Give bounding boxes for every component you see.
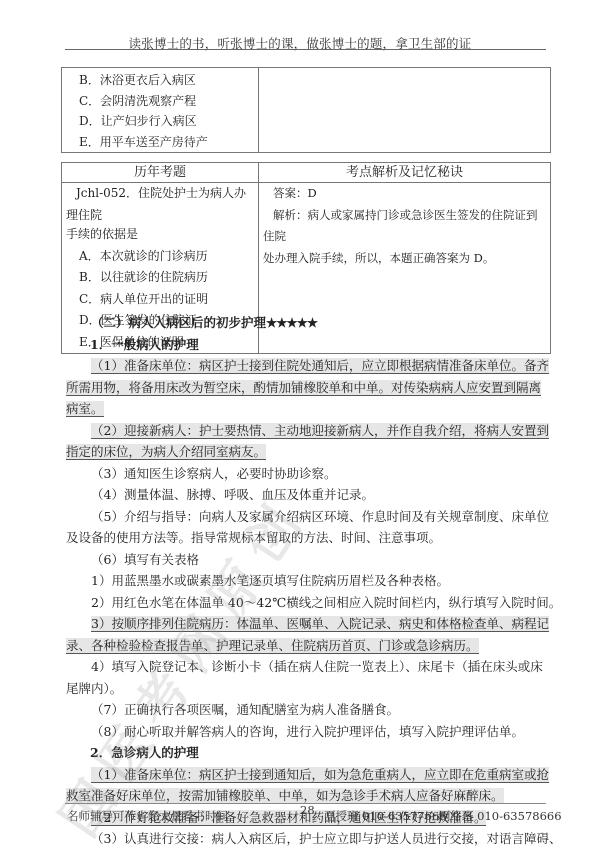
option-c: C．会阴清洗观察产程 <box>62 91 258 112</box>
general-item7: （7）正确执行各项医嘱，通知配膳室为病人准备膳食。 <box>66 699 544 721</box>
general-item5-line2: 及设备的使用方法等。指导常规标本留取的方法、时间、注意事项。 <box>66 527 544 549</box>
emergency-item3: （3）认真进行交接：病人入病区后，护士应立即与护送人员进行交接，对语言障碍、 <box>66 828 544 850</box>
document-page: 读张博士的书，听张博士的课，做张博士的题，拿卫生部的证 B．沐浴更衣后入病区 C… <box>0 0 600 868</box>
section-title: （二）病人入病区后的初步护理★★★★★ <box>66 312 544 334</box>
general-item6-sub3-line2: 录、各种检验检查报告单、护理记录单、住院病历首页、门诊或急诊病历。 <box>66 638 479 654</box>
option-d: D．让产妇步行入病区 <box>62 111 258 132</box>
general-item6-sub3-line1: 3）按顺序排列住院病历：体温单、医嘱单、入院记录、病史和体格检查单、病程记 <box>91 616 549 632</box>
general-item2-line1: （2）迎接新病人：护士要热情、主动地迎接新病人，并作自我介绍，将病人安置到 <box>91 423 549 439</box>
answer-text: 答案：D <box>263 186 317 200</box>
rating-stars: ★★★★★ <box>266 315 317 330</box>
general-item1-line3: 病室。 <box>66 401 104 417</box>
general-item1-line1: （1）准备床单位：病区护士接到住院处通知后，应立即根据病情准备床单位。备齐 <box>91 358 549 374</box>
header-rule <box>65 49 546 50</box>
option-b: B．以往就诊的住院病历 <box>62 267 258 289</box>
general-item2-line2: 指定的床位，为病人介绍同室病友。 <box>66 444 266 460</box>
general-item6-sub4-line2: 尾牌内）。 <box>66 678 544 700</box>
analysis-line2: 处办理入院手续，所以，本题正确答案为 D。 <box>259 248 550 270</box>
analysis-cell-empty <box>259 68 551 153</box>
emergency-item1-line2: 救室准备好床单位，按需加铺橡胶单、中单，如为急诊手术病人应备好麻醉床。 <box>66 788 504 804</box>
header-past-questions: 历年考题 <box>62 163 259 183</box>
general-item8: （8）耐心听取并解答病人的咨询，进行入院护理评估，填写入院护理评估单。 <box>66 721 544 743</box>
general-item6-sub2: 2）用红色水笔在体温单 40～42℃横线之间相应入院时间栏内，纵行填写入院时间。 <box>66 592 544 614</box>
option-a: A．本次就诊的门诊病历 <box>62 246 258 268</box>
general-item4: （4）测量体温、脉搏、呼吸、血压及体重并记录。 <box>66 484 544 506</box>
question-table-continued: B．沐浴更衣后入病区 C．会阴清洗观察产程 D．让产妇步行入病区 E．用平车送至… <box>61 67 551 153</box>
general-item6-sub4-line1: 4）填写入院登记本、诊断小卡（插在病人住院一览表上）、床尾卡（插在床头或床 <box>66 656 544 678</box>
footer-online-class-phone: 网络班 010-63578666 <box>439 808 562 824</box>
page-number: 28 <box>300 803 315 817</box>
section-body: （二）病人入病区后的初步护理★★★★★ 1．一般病人的护理 （1）准备床单位：病… <box>66 312 544 850</box>
general-item5-line1: （5）介绍与指导：向病人及家属介绍病区环境、作息时间及有关规章制度、床单位 <box>66 506 544 528</box>
general-item1-line2: 所需用物，将备用床改为暂空床，酌情加铺橡胶单和中单。对传染病病人应安置到隔离 <box>66 380 541 396</box>
question-stem-line1: Jchl-052．住院处护士为病人办理住院 <box>66 186 246 222</box>
subsection-general-heading: 1．一般病人的护理 <box>66 334 544 356</box>
footer-tagline: 名师辅导可节省您大量看书时间 <box>67 808 228 824</box>
options-cell: B．沐浴更衣后入病区 C．会阴清洗观察产程 D．让产妇步行入病区 E．用平车送至… <box>62 68 259 153</box>
question-stem-line2: 手续的依据是 <box>62 224 258 246</box>
option-b: B．沐浴更衣后入病区 <box>62 70 258 91</box>
option-e: E．用平车送至产房待产 <box>62 132 258 153</box>
general-item6-sub1: 1）用蓝黑墨水或碳素墨水笔逐页填写住院病历眉栏及各种表格。 <box>66 570 544 592</box>
subsection-emergency-heading: 2．急诊病人的护理 <box>66 742 544 764</box>
footer-face-class-phone: 面授班 010-63577666 <box>324 808 447 824</box>
general-item3: （3）通知医生诊察病人，必要时协助诊察。 <box>66 463 544 485</box>
general-item6: （6）填写有关表格 <box>66 549 544 571</box>
header-analysis: 考点解析及记忆秘诀 <box>259 163 551 183</box>
option-c: C．病人单位开出的证明 <box>62 289 258 311</box>
analysis-line1: 解析：病人或家属持门诊或急诊医生签发的住院证到住院 <box>263 208 538 244</box>
emergency-item1-line1: （1）准备床单位：病区护士接到通知后，如为急危重病人，应立即在危重病室或抢 <box>91 767 549 783</box>
